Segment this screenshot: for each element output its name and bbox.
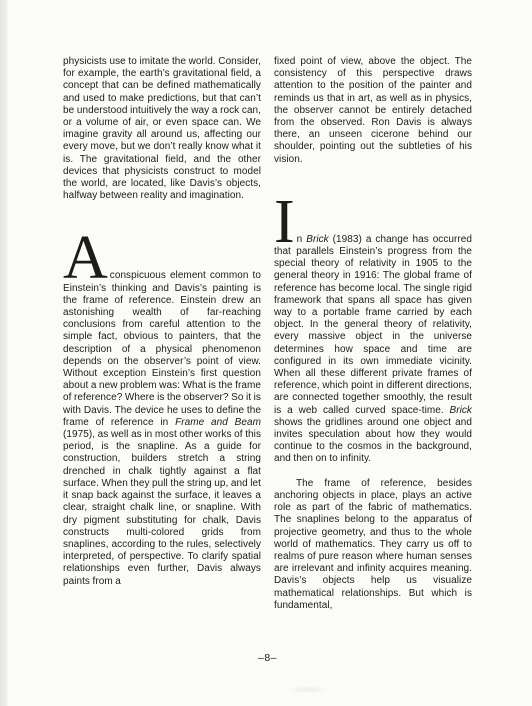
paragraph: fixed point of view, above the object. T… [274,56,472,166]
italic-title-text: Brick [306,234,328,245]
paragraph: physicists use to imitate the world. Con… [63,56,261,202]
text-column-right: fixed point of view, above the object. T… [274,56,472,636]
book-page: physicists use to imitate the world. Con… [0,0,532,706]
body-text: physicists use to imitate the world. Con… [63,56,261,201]
body-text: conspicuous element common to Einstein’s… [63,270,261,427]
page-number: –8– [63,652,472,664]
body-text: (1983) a change has occurred that parall… [274,234,472,416]
paragraph: In Brick (1983) a change has occurred th… [274,222,472,466]
paragraph: Aconspicuous element common to Einstein’… [63,258,261,587]
paragraph: The frame of reference, besides anchorin… [274,478,472,612]
body-text: The frame of reference, besides anchorin… [274,478,472,611]
body-text: fixed point of view, above the object. T… [274,56,472,165]
text-column-left: physicists use to imitate the world. Con… [63,56,261,636]
scan-edge-artifact [0,0,9,706]
body-text: shows the gridlines around one object an… [274,417,472,465]
italic-title-text: Frame and Beam [175,417,261,428]
body-text: (1975), as well as in most other works o… [63,429,261,586]
body-text: n [297,234,307,245]
italic-title-text: Brick [450,405,472,416]
page-content: physicists use to imitate the world. Con… [63,56,472,636]
scan-smudge-artifact [285,686,331,693]
